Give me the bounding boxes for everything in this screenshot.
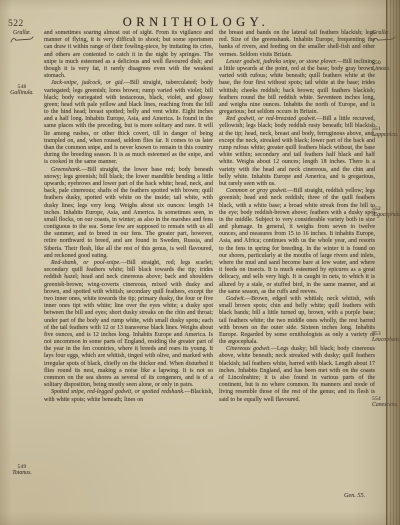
paragraph: Godwit.—Brown, edged with whitish; neck … <box>219 296 375 346</box>
species-name: Red-shank, or pool-snipe. <box>51 260 121 266</box>
margin-note-name: Gallinula. <box>2 90 42 96</box>
grallae-swash-icon <box>10 36 34 43</box>
margin-note: 549Totanus. <box>2 464 42 477</box>
species-name: Godwit. <box>226 296 245 302</box>
species-name: Red godwit, or red-breasted godwit. <box>226 116 316 122</box>
text-column-right: the breast and bands on the lateral tail… <box>219 30 375 404</box>
species-name: Cinereous godwit. <box>226 346 271 352</box>
margin-note: Grallæ. <box>2 30 42 43</box>
catchword: Gen. 55. <box>344 492 392 499</box>
page-title: ORNITHOLOGY. <box>0 15 392 30</box>
margin-note: 548Gallinula. <box>2 84 42 97</box>
margin-note-name: Totanus. <box>2 470 42 476</box>
species-name: Spotted snipe, red-legged godwit, or spo… <box>51 389 185 395</box>
paragraph: Spotted snipe, red-legged godwit, or spo… <box>44 389 213 403</box>
paragraph: Red-shank, or pool-snipe.—Bill straight,… <box>44 260 213 389</box>
paragraph: Lesser godwit, jadreka snipe, or stone p… <box>219 59 375 117</box>
book-page-scan: 522 ORNITHOLOGY. and sometimes soaring a… <box>0 0 400 525</box>
paragraph: Greenshank.—Bill straight, the lower bas… <box>44 167 213 260</box>
paragraph: Red godwit, or red-breasted godwit.—Bill… <box>219 116 375 188</box>
paragraph: the breast and bands on the lateral tail… <box>219 30 375 59</box>
species-name: Jack-snipe, judcock, or gid. <box>51 80 124 86</box>
text-column-left: and sometimes soaring almost out of sigh… <box>44 30 213 404</box>
paragraph: and sometimes soaring almost out of sigh… <box>44 30 213 80</box>
paragraph: Jack-snipe, judcock, or gid.—Bill straig… <box>44 80 213 166</box>
page-edge-shadow <box>386 0 400 525</box>
paragraph: Common or gray godwit.—Bill straight, re… <box>219 188 375 296</box>
margin-note-name: Grallæ. <box>2 30 42 36</box>
species-name: Greenshank. <box>51 167 81 173</box>
species-name: Common or gray godwit. <box>226 188 288 194</box>
species-name: Lesser godwit, jadreka snipe, or stone p… <box>226 59 337 65</box>
paragraph: Cinereous godwit.—Legs dusky; bill black… <box>219 346 375 404</box>
